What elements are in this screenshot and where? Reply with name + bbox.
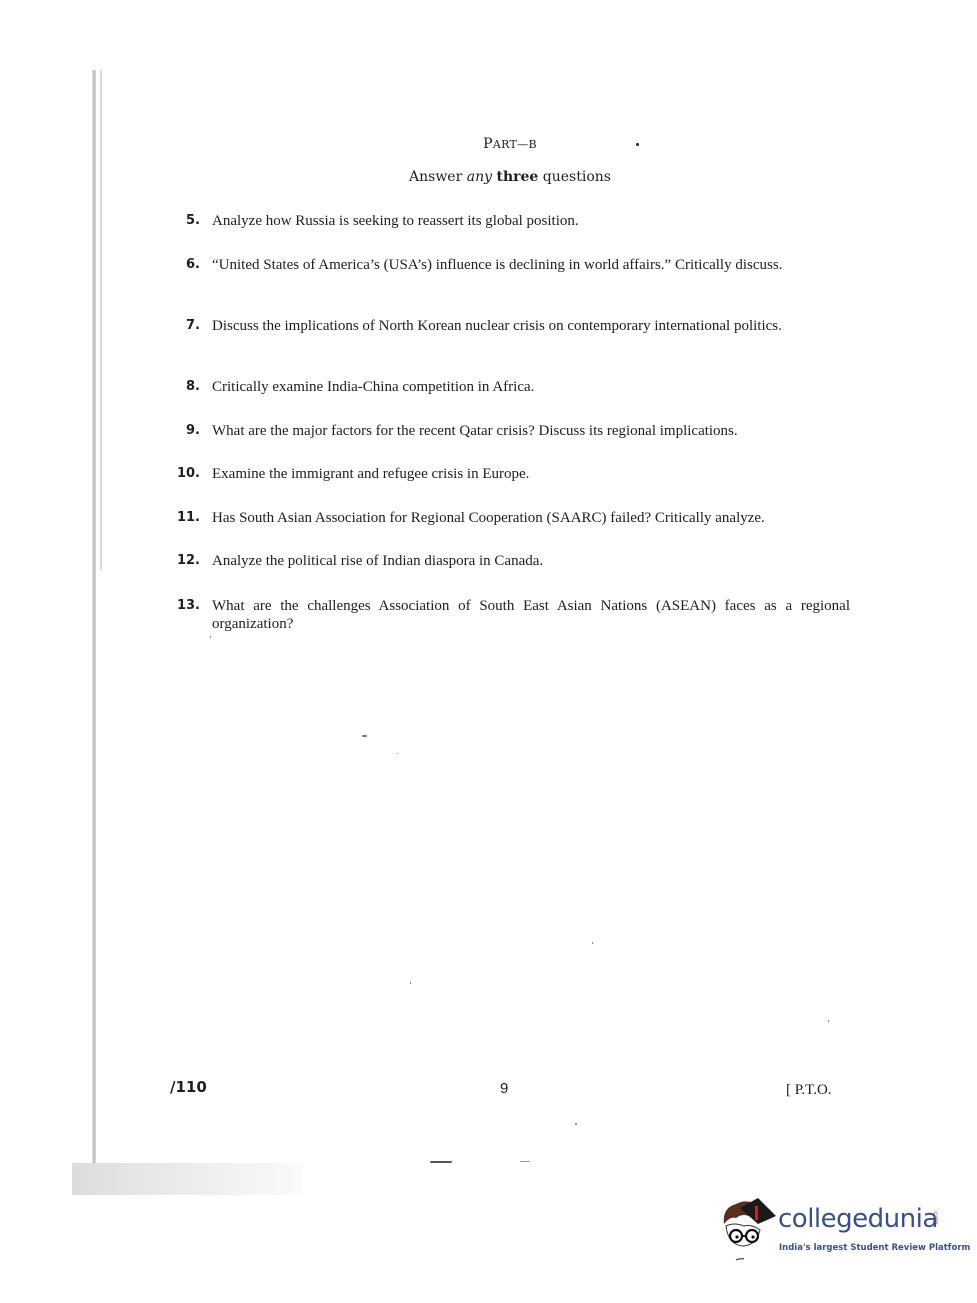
scan-page-edge [92, 70, 96, 1165]
question-text: Examine the immigrant and refugee crisis… [212, 465, 850, 483]
question-text: What are the major factors for the recen… [212, 422, 850, 440]
question-item: 11. Has South Asian Association for Regi… [170, 509, 850, 527]
question-number: 8. [170, 378, 212, 396]
question-number: 10. [170, 465, 212, 483]
scan-shadow-bottom [72, 1163, 302, 1195]
question-number: 11. [170, 509, 212, 527]
paper-code: /110 [170, 1078, 207, 1096]
scan-speck [210, 636, 211, 638]
page-number: 9 [500, 1080, 508, 1097]
question-item: 12. Analyze the political rise of Indian… [170, 552, 850, 570]
scan-speck [362, 735, 367, 737]
question-number: 6. [170, 256, 212, 274]
question-item: 6. “United States of America’s (USA’s) i… [170, 256, 850, 274]
scan-speck [410, 982, 411, 984]
question-text: Has South Asian Association for Regional… [212, 509, 850, 527]
scan-speck [397, 753, 398, 754]
brand-tagline: India's largest Student Review Platform [779, 1243, 970, 1253]
question-text: What are the challenges Association of S… [212, 597, 850, 633]
question-number: 13. [170, 597, 212, 633]
question-text: Discuss the implications of North Korean… [212, 317, 850, 335]
question-number: 7. [170, 317, 212, 335]
question-number: 9. [170, 422, 212, 440]
question-number: 5. [170, 212, 212, 230]
question-text: “United States of America’s (USA’s) infl… [212, 256, 850, 274]
question-text: Critically examine India-China competiti… [212, 378, 850, 396]
scan-dash [430, 1161, 452, 1163]
brand-dotcom: .com [932, 1210, 939, 1225]
question-item: 8. Critically examine India-China compet… [170, 378, 850, 396]
collegedunia-watermark: collegedunia .com India's largest Studen… [718, 1196, 948, 1266]
part-heading: PART—B [0, 136, 977, 152]
question-item: 13. What are the challenges Association … [170, 597, 850, 633]
scan-speck [636, 143, 639, 146]
instruction-line: Answer any three questions [0, 169, 977, 185]
scan-speck [575, 1123, 577, 1125]
scan-dash [520, 1161, 530, 1162]
question-item: 5. Analyze how Russia is seeking to reas… [170, 212, 850, 230]
question-text: Analyze the political rise of Indian dia… [212, 552, 850, 570]
question-item: 7. Discuss the implications of North Kor… [170, 317, 850, 335]
mascot-icon [718, 1196, 780, 1266]
please-turn-over: [ P.T.O. [786, 1082, 832, 1099]
brand-name: collegedunia [778, 1204, 938, 1234]
question-text: Analyze how Russia is seeking to reasser… [212, 212, 850, 230]
question-item: 9. What are the major factors for the re… [170, 422, 850, 440]
scan-speck [592, 942, 593, 944]
question-number: 12. [170, 552, 212, 570]
question-item: 10. Examine the immigrant and refugee cr… [170, 465, 850, 483]
scan-speck [828, 1020, 829, 1022]
